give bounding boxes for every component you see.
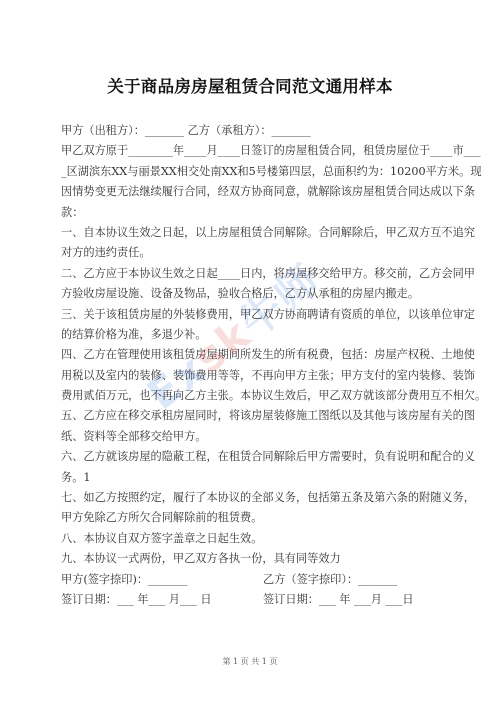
- clause-1: 一、自本协议生效之日起，以上房屋租赁合同解除。合同解除后，甲乙双方互不追究: [61, 223, 441, 243]
- party-a-signature: 甲方(签字捺印)：_______: [61, 573, 187, 586]
- clause-8: 八、本协议自双方签字盖章之日起生效。: [61, 529, 441, 549]
- clause-1-cont: 对方的违约责任。: [61, 243, 441, 263]
- page-footer: 第 1 页 共 1 页: [0, 656, 500, 667]
- clause-2-cont: 方验收房屋设施、设备及物品，验收合格后，乙方从承租的房屋内搬走。: [61, 284, 441, 304]
- party-b-signature: 乙方（签字捺印）：_______: [263, 570, 397, 590]
- parties-line: 甲方（出租方）：_______ 乙方（承租方）：_______: [61, 121, 441, 141]
- clause-4-cont: 费用贰佰万元，也不再向乙方主张。本协议生效后，甲乙双方就该部分费用互不相欠。: [61, 386, 441, 406]
- clause-2: 二、乙方应于本协议生效之日起____日内，将房屋移交给甲方。移交前，乙方会同甲: [61, 264, 441, 284]
- clause-9: 九、本协议一式两份，甲乙双方各执一份，具有同等效力: [61, 549, 441, 569]
- clause-7: 七、如乙方按照约定，履行了本协议的全部义务，包括第五条及第六条的附随义务，: [61, 488, 441, 508]
- party-a-date: 签订日期：___ 年___ 月___ 日: [61, 593, 212, 606]
- clause-3: 三、关于该租赁房屋的外装修费用，甲乙双方协商聘请有资质的单位，以该单位审定: [61, 305, 441, 325]
- clause-4-cont: 用税以及室内的装修、装饰费用等等，不再向甲方主张；甲方支付的室内装修、装饰: [61, 366, 441, 386]
- clause-4: 四、乙方在管理使用该租赁房屋期间所发生的所有税费，包括：房屋产权税、土地使: [61, 345, 441, 365]
- body-line: _区湖滨东XX与丽景XX相交处南XX和5号楼第四层，总面积约为：10200平方米…: [61, 162, 441, 182]
- body-line: 甲乙双方原于________年____月____日签订的房屋租赁合同，租赁房屋位…: [61, 141, 441, 161]
- document-body: 甲方（出租方）：_______ 乙方（承租方）：_______ 甲乙双方原于__…: [61, 121, 441, 610]
- document-title: 关于商品房房屋租赁合同范文通用样本: [0, 73, 500, 97]
- clause-7-cont: 甲方免除乙方所欠合同解除前的租赁费。: [61, 508, 441, 528]
- clause-3-cont: 的结算价格为准，多退少补。: [61, 325, 441, 345]
- signature-row: 甲方(签字捺印)：_______ 乙方（签字捺印）：_______: [61, 570, 441, 590]
- clause-5-cont: 纸、资料等全部移交给甲方。: [61, 427, 441, 447]
- body-line: 款：: [61, 203, 441, 223]
- date-row: 签订日期：___ 年___ 月___ 日 签订日期：___ 年 ___月 ___…: [61, 590, 441, 610]
- body-line: 因情势变更无法继续履行合同，经双方协商同意，就解除该房屋租赁合同达成以下条: [61, 182, 441, 202]
- document-page: 关于商品房房屋租赁合同范文通用样本 甲方（出租方）：_______ 乙方（承租方…: [0, 0, 500, 706]
- clause-6-cont: 务。1: [61, 468, 441, 488]
- clause-5: 五、乙方应在移交承租房屋同时，将该房屋装修施工图纸以及其他与该房屋有关的图: [61, 406, 441, 426]
- clause-6: 六、乙方就该房屋的隐蔽工程，在租赁合同解除后甲方需要时，负有说明和配合的义: [61, 447, 441, 467]
- party-b-date: 签订日期：___ 年 ___月 ___日: [263, 590, 414, 610]
